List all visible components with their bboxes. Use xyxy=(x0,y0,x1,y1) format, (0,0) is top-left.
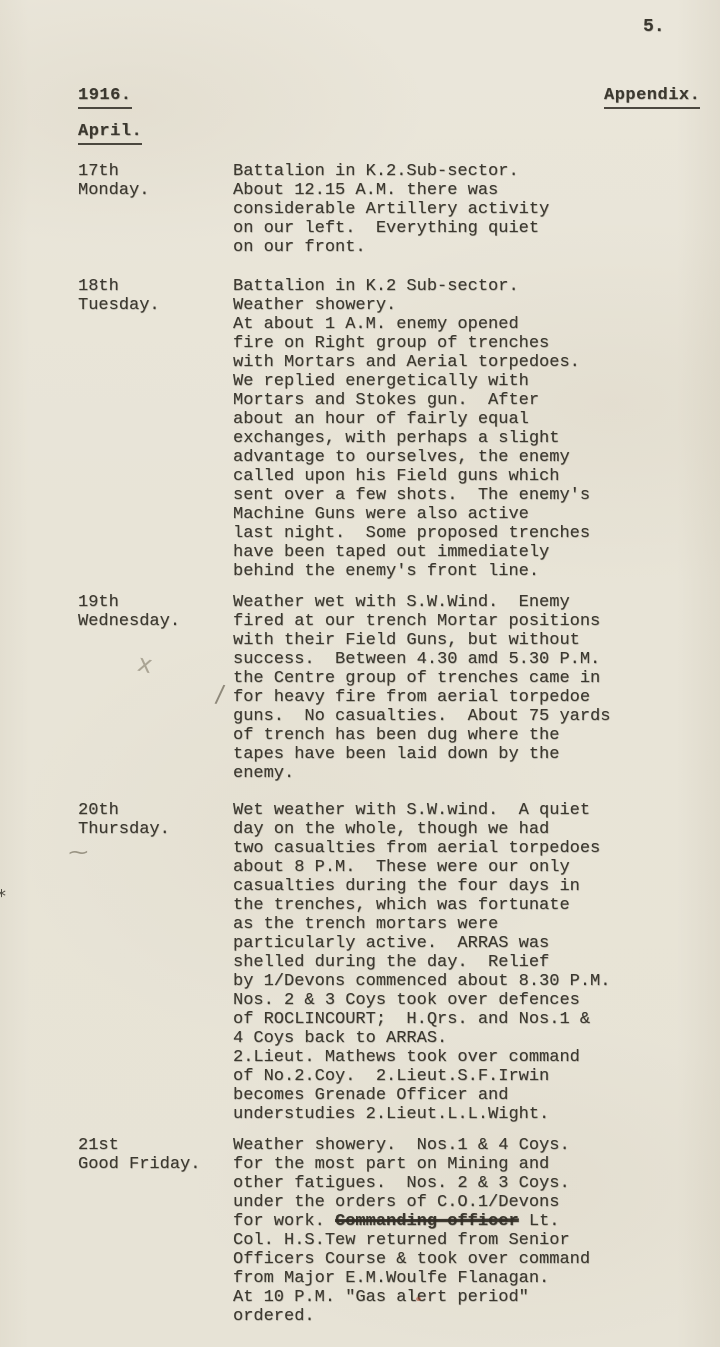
diary-line: tapes have been laid down by the xyxy=(233,745,610,764)
page-number: 5. xyxy=(643,18,665,37)
entry-date-line: Good Friday. xyxy=(78,1155,200,1174)
diary-line: as the trench mortars were xyxy=(233,915,610,934)
diary-line: Weather showery. xyxy=(233,296,590,315)
month-heading-text: April. xyxy=(78,122,142,145)
diary-line: success. Between 4.30 amd 5.30 P.M. xyxy=(233,650,610,669)
diary-line: about an hour of fairly equal xyxy=(233,410,590,429)
diary-line: advantage to ourselves, the enemy xyxy=(233,448,590,467)
diary-line: guns. No casualties. About 75 yards xyxy=(233,707,610,726)
diary-line: Battalion in K.2.Sub-sector. xyxy=(233,162,549,181)
pencil-squiggle-mark: ~ xyxy=(67,840,90,864)
entry-date: 20thThursday. xyxy=(78,801,170,839)
diary-line: the Centre group of trenches came in xyxy=(233,669,610,688)
entry-date-line: 17th xyxy=(78,162,149,181)
diary-line: fire on Right group of trenches xyxy=(233,334,590,353)
year-heading-text: 1916. xyxy=(78,86,132,109)
entry-date-line: 20th xyxy=(78,801,170,820)
diary-line: about 8 P.M. These were our only xyxy=(233,858,610,877)
diary-line: particularly active. ARRAS was xyxy=(233,934,610,953)
pencil-slash-mark: / xyxy=(214,680,226,709)
diary-line: the trenches, which was fortunate xyxy=(233,896,610,915)
struck-text: Commanding officer xyxy=(335,1212,519,1231)
entry-date-line: 18th xyxy=(78,277,160,296)
diary-line: behind the enemy's front line. xyxy=(233,562,590,581)
text-segment: for work. xyxy=(233,1212,335,1231)
entry-date-line: 19th xyxy=(78,593,180,612)
diary-line: We replied energetically with xyxy=(233,372,590,391)
diary-line: Officers Course & took over command xyxy=(233,1250,590,1269)
diary-line: About 12.15 A.M. there was xyxy=(233,181,549,200)
entry-date-line: Thursday. xyxy=(78,820,170,839)
entry-date-line: Tuesday. xyxy=(78,296,160,315)
entry-text: Weather showery. Nos.1 & 4 Coys.for the … xyxy=(233,1136,590,1326)
appendix-heading: Appendix. xyxy=(604,86,700,109)
diary-line: other fatigues. Nos. 2 & 3 Coys. xyxy=(233,1174,590,1193)
diary-line: called upon his Field guns which xyxy=(233,467,590,486)
diary-line: day on the whole, though we had xyxy=(233,820,610,839)
diary-page: 5. 1916. Appendix. April. 17thMonday.Bat… xyxy=(0,0,720,1347)
diary-line: Wet weather with S.W.wind. A quiet xyxy=(233,801,610,820)
diary-line: from Major E.M.Woulfe Flanagan. xyxy=(233,1269,590,1288)
diary-line: for the most part on Mining and xyxy=(233,1155,590,1174)
pencil-cross-mark: x xyxy=(135,649,155,679)
entry-text: Wet weather with S.W.wind. A quietday on… xyxy=(233,801,610,1124)
diary-line: of ROCLINCOURT; H.Qrs. and Nos.1 & xyxy=(233,1010,610,1029)
entry-text: Weather wet with S.W.Wind. Enemyfired at… xyxy=(233,593,610,783)
ink-spot xyxy=(416,1297,421,1301)
diary-line: enemy. xyxy=(233,764,610,783)
diary-line: Nos. 2 & 3 Coys took over defences xyxy=(233,991,610,1010)
diary-line: becomes Grenade Officer and xyxy=(233,1086,610,1105)
month-heading: April. xyxy=(78,122,142,145)
diary-line: for work. Commanding officer Lt. xyxy=(233,1212,590,1231)
appendix-heading-text: Appendix. xyxy=(604,86,700,109)
diary-line: with Mortars and Aerial torpedoes. xyxy=(233,353,590,372)
year-heading: 1916. xyxy=(78,86,132,109)
diary-line: two casualties from aerial torpedoes xyxy=(233,839,610,858)
entry-date-line: 21st xyxy=(78,1136,200,1155)
entry-date: 21stGood Friday. xyxy=(78,1136,200,1174)
diary-line: on our left. Everything quiet xyxy=(233,219,549,238)
diary-line: Col. H.S.Tew returned from Senior xyxy=(233,1231,590,1250)
diary-line: exchanges, with perhaps a slight xyxy=(233,429,590,448)
diary-line: with their Field Guns, but without xyxy=(233,631,610,650)
diary-line: sent over a few shots. The enemy's xyxy=(233,486,590,505)
entry-text: Battalion in K.2.Sub-sector.About 12.15 … xyxy=(233,162,549,257)
diary-line: by 1/Devons commenced about 8.30 P.M. xyxy=(233,972,610,991)
diary-line: of No.2.Coy. 2.Lieut.S.F.Irwin xyxy=(233,1067,610,1086)
diary-line: At about 1 A.M. enemy opened xyxy=(233,315,590,334)
diary-line: Machine Guns were also active xyxy=(233,505,590,524)
entry-text: Battalion in K.2 Sub-sector.Weather show… xyxy=(233,277,590,581)
diary-line: fired at our trench Mortar positions xyxy=(233,612,610,631)
pencil-asterisk-mark: * xyxy=(0,886,6,907)
diary-line: for heavy fire from aerial torpedoe xyxy=(233,688,610,707)
diary-line: considerable Artillery activity xyxy=(233,200,549,219)
entry-date: 19thWednesday. xyxy=(78,593,180,631)
diary-line: 4 Coys back to ARRAS. xyxy=(233,1029,610,1048)
diary-line: casualties during the four days in xyxy=(233,877,610,896)
diary-line: shelled during the day. Relief xyxy=(233,953,610,972)
diary-line: on our front. xyxy=(233,238,549,257)
diary-line: last night. Some proposed trenches xyxy=(233,524,590,543)
diary-line: Weather wet with S.W.Wind. Enemy xyxy=(233,593,610,612)
diary-line: ordered. xyxy=(233,1307,590,1326)
diary-line: Battalion in K.2 Sub-sector. xyxy=(233,277,590,296)
diary-line: Mortars and Stokes gun. After xyxy=(233,391,590,410)
entry-date-line: Monday. xyxy=(78,181,149,200)
diary-line: under the orders of C.O.1/Devons xyxy=(233,1193,590,1212)
text-segment: Lt. xyxy=(519,1212,560,1231)
diary-line: of trench has been dug where the xyxy=(233,726,610,745)
entry-date: 18thTuesday. xyxy=(78,277,160,315)
diary-line: understudies 2.Lieut.L.L.Wight. xyxy=(233,1105,610,1124)
diary-line: Weather showery. Nos.1 & 4 Coys. xyxy=(233,1136,590,1155)
entry-date: 17thMonday. xyxy=(78,162,149,200)
diary-line: have been taped out immediately xyxy=(233,543,590,562)
entry-date-line: Wednesday. xyxy=(78,612,180,631)
diary-line: At 10 P.M. "Gas alert period" xyxy=(233,1288,590,1307)
diary-line: 2.Lieut. Mathews took over command xyxy=(233,1048,610,1067)
